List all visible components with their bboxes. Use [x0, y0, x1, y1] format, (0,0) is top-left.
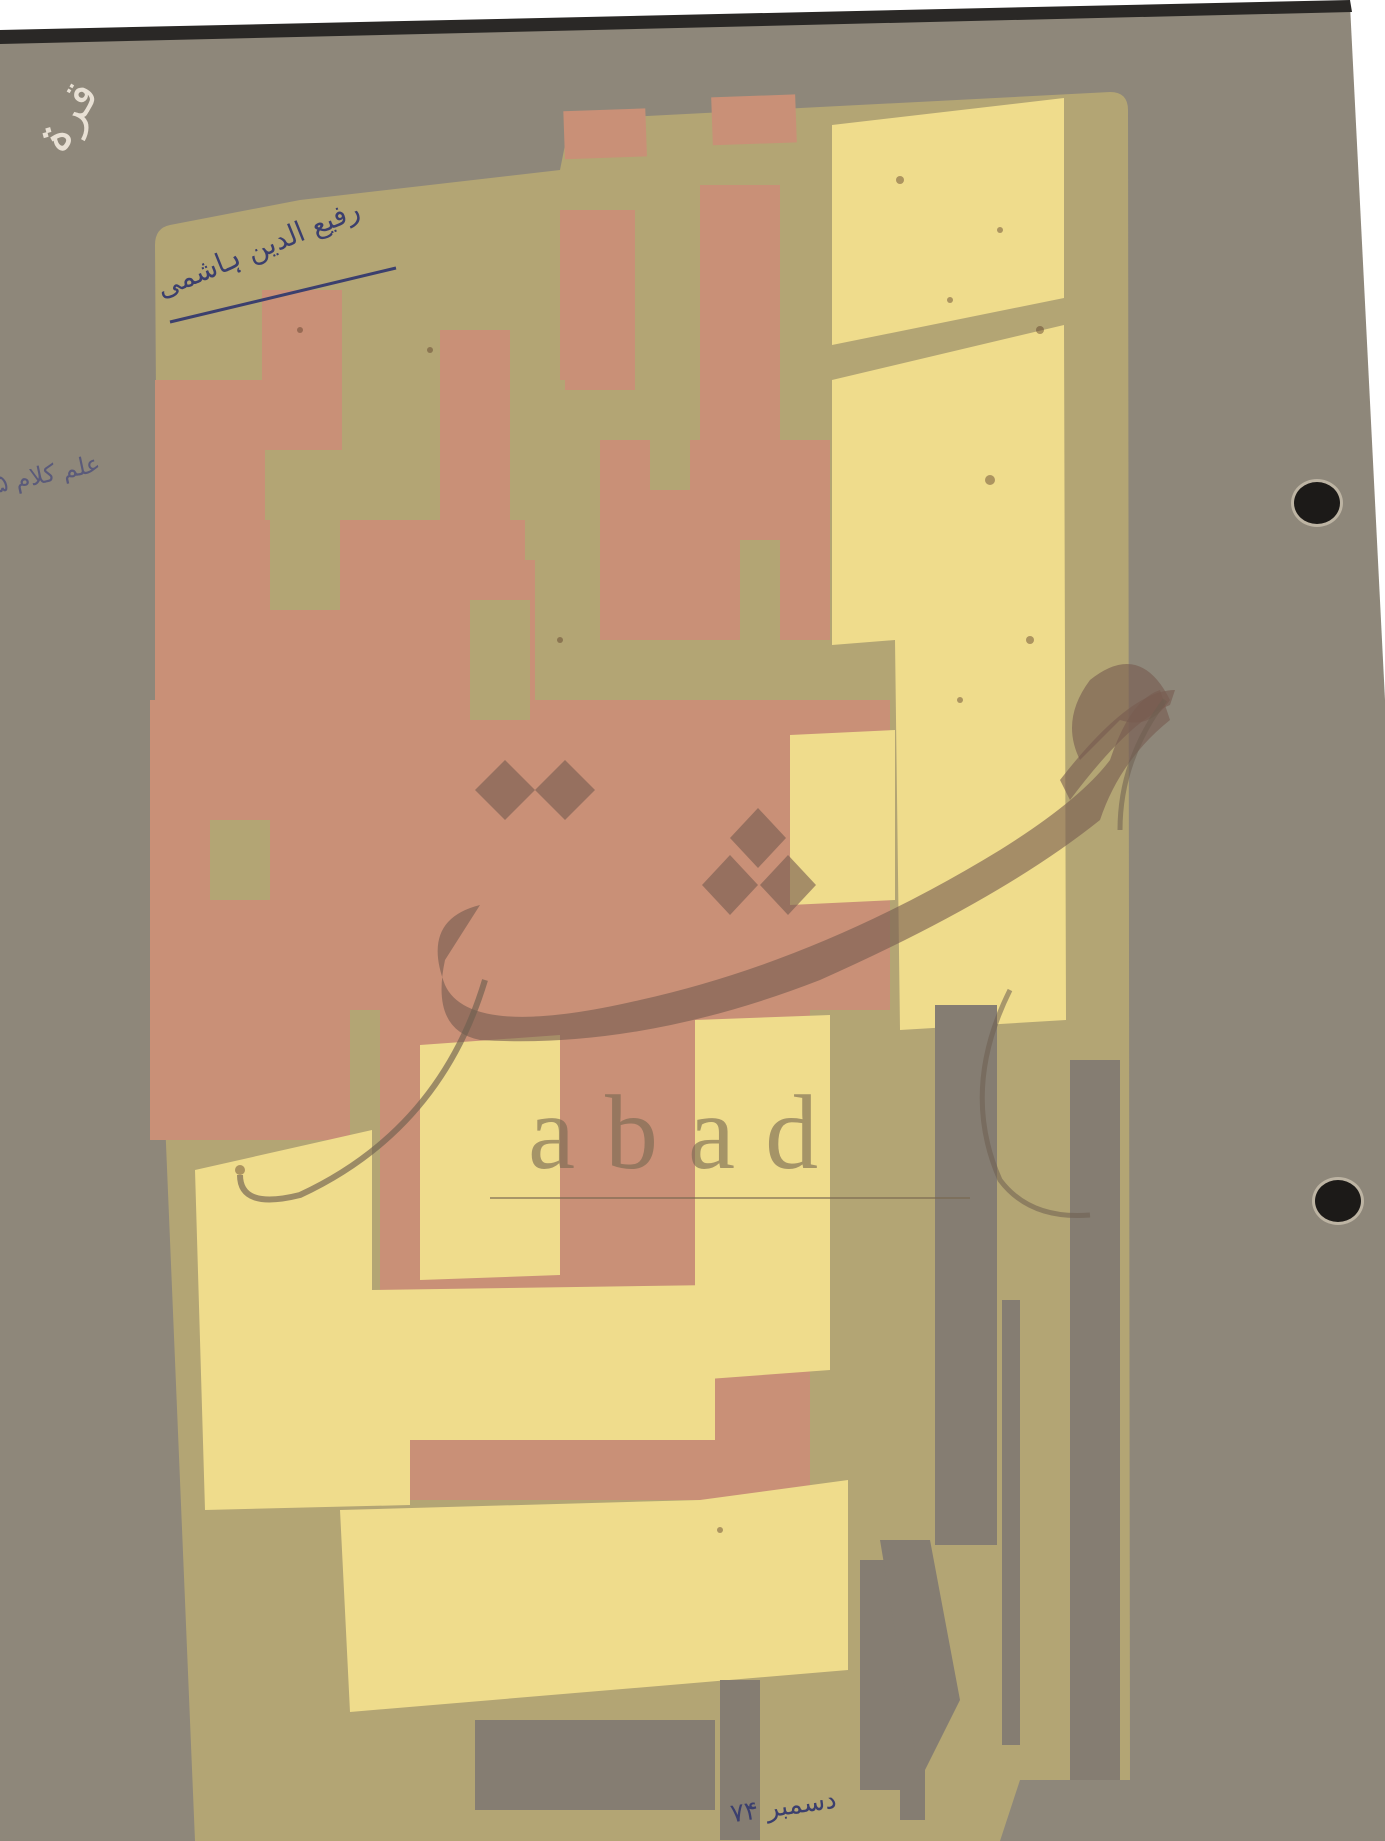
watermark-text: abad	[528, 1072, 848, 1194]
cover-page: abad قرۃ رفیع الدین ہاشمی علم کلام ۵ دسم…	[0, 0, 1385, 1841]
punch-hole-bottom	[1315, 1180, 1361, 1222]
punch-hole-top	[1294, 482, 1340, 524]
